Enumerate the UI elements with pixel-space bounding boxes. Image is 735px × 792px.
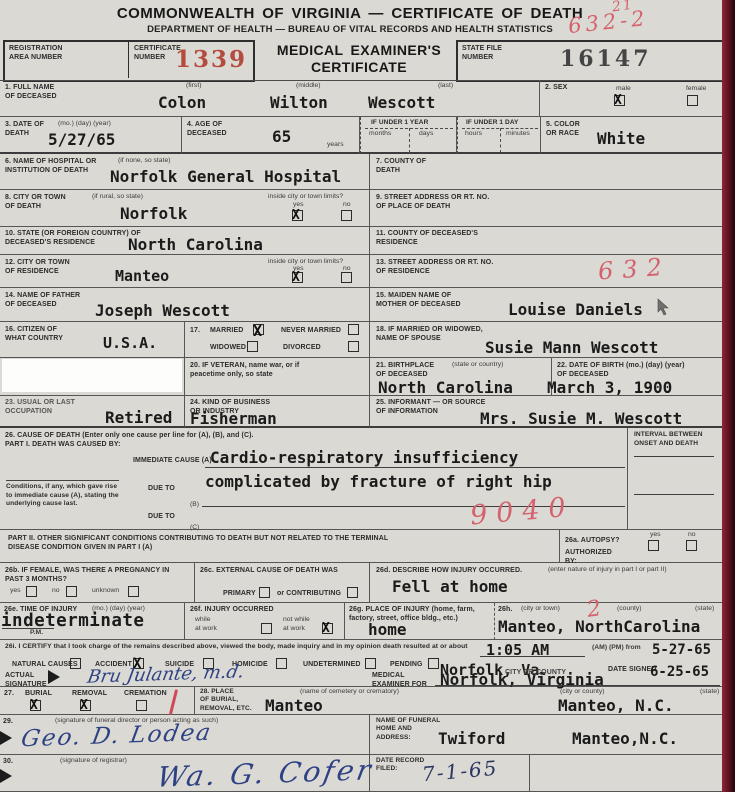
removal-checkbox: X xyxy=(80,700,91,711)
injury-location-number: 26h. xyxy=(498,605,512,614)
death-date-value: 5-27-65 xyxy=(652,642,711,658)
limits-label-1: inside city or town limits? xyxy=(268,193,343,202)
limits-no-checkbox-2 xyxy=(341,272,352,283)
field-place-of-injury: 26g. PLACE OF INJURY (home, farm, factor… xyxy=(345,603,495,640)
never-married-label: NEVER MARRIED xyxy=(281,326,341,335)
autopsy-yes-checkbox xyxy=(648,540,659,551)
b-tag: (B) xyxy=(190,501,199,510)
state-residence-value: North Carolina xyxy=(128,235,263,254)
pregnancy-unknown-label: unknown xyxy=(92,587,119,596)
undetermined-checkbox xyxy=(365,658,376,669)
limits-yes-mark-2: X xyxy=(292,270,300,285)
date-filed-value: 7-1-65 xyxy=(421,756,499,787)
female-label: female xyxy=(686,85,706,94)
injury-occurred-label: 26f. INJURY OCCURRED xyxy=(190,605,274,614)
city-residence-label: 12. CITY OR TOWN OF RESIDENCE xyxy=(5,258,70,276)
date-of-birth-label: 22. DATE OF BIRTH (mo.) (day) (year) OF … xyxy=(557,361,685,379)
birthplace-hint: (state or country) xyxy=(452,361,503,370)
middle-hint: (middle) xyxy=(296,82,321,91)
divorced-checkbox xyxy=(348,341,359,352)
limits-no-checkbox-1 xyxy=(341,210,352,221)
birthplace-label: 21. BIRTHPLACE OF DECEASED xyxy=(376,361,434,379)
autopsy-no-label: no xyxy=(688,531,696,540)
field-disposition: 27. BURIAL REMOVAL CREMATION X X xyxy=(0,687,195,715)
widowed-checkbox xyxy=(247,341,258,352)
injury-county-hint: (county) xyxy=(617,605,642,614)
father-name-value: Joseph Wescott xyxy=(95,301,230,320)
birthplace-value: North Carolina xyxy=(378,378,513,397)
field-occupation: 23. USUAL OR LAST OCCUPATION Retired xyxy=(0,396,185,428)
signature-arrow-icon xyxy=(48,670,60,684)
autopsy-no-checkbox xyxy=(686,540,697,551)
empty-bottom-cell xyxy=(530,755,722,792)
date-of-death-hints: (mo.) (day) (year) xyxy=(58,120,111,129)
injury-state-hint: (state) xyxy=(695,605,714,614)
mother-name-label: 15. MAIDEN NAME OF MOTHER OF DECEASED xyxy=(376,291,461,309)
field-informant: 25. INFORMANT — OR SOURCE OF INFORMATION… xyxy=(370,396,722,428)
informant-label: 25. INFORMANT — OR SOURCE OF INFORMATION xyxy=(376,398,485,416)
certify-section: 26i. I CERTIFY that I took charge of the… xyxy=(0,640,722,687)
occupation-label: 23. USUAL OR LAST OCCUPATION xyxy=(5,398,75,416)
street-residence-label: 13. STREET ADDRESS OR RT. NO. OF RESIDEN… xyxy=(376,258,493,276)
hospital-hint: (if none, so state) xyxy=(118,157,171,166)
center-title-line1: MEDICAL EXAMINER'S xyxy=(265,42,453,58)
never-married-checkbox xyxy=(348,324,359,335)
limits-yes-checkbox-2: X xyxy=(292,272,303,283)
header-box-divider xyxy=(128,40,129,78)
removal-mark: X xyxy=(80,698,88,713)
field-funeral-home: NAME OF FUNERAL HOME AND ADDRESS: Twifor… xyxy=(370,715,722,755)
pregnancy-yes-checkbox xyxy=(26,586,37,597)
registrar-hint: (signature of registrar) xyxy=(60,757,127,766)
months-days-divider xyxy=(409,128,410,153)
certificate-number-stamp: 1339 xyxy=(175,46,247,73)
color-race-label: 5. COLOR OR RACE xyxy=(546,120,580,138)
field-date-of-birth: 22. DATE OF BIRTH (mo.) (day) (year) OF … xyxy=(552,358,722,396)
limits-yes-checkbox-1: X xyxy=(292,210,303,221)
sex-label: 2. SEX xyxy=(545,83,567,92)
city-of-death-value: Norfolk xyxy=(120,204,187,223)
scan-edge xyxy=(722,0,735,792)
married-label: MARRIED xyxy=(210,326,243,335)
how-injury-value: Fell at home xyxy=(392,577,508,596)
contributing-checkbox xyxy=(347,587,358,598)
field-city-of-death: 8. CITY OR TOWN OF DEATH (if rural, so s… xyxy=(0,190,370,227)
due-to-b-label: DUE TO xyxy=(148,484,175,493)
place-of-burial-value: Manteo xyxy=(265,696,323,715)
limits-no-label-1: no xyxy=(343,201,351,210)
veteran-label: 20. IF VETERAN, name war, or if peacetim… xyxy=(190,361,299,379)
time-underline xyxy=(2,619,54,629)
field-sex: 2. SEX male female X xyxy=(540,80,722,117)
middle-name-value: Wilton xyxy=(270,93,328,112)
age-value: 65 xyxy=(272,127,291,146)
place-of-injury-value: home xyxy=(368,620,407,639)
death-certificate-document: COMMONWEALTH OF VIRGINIA — CERTIFICATE O… xyxy=(0,0,735,792)
city-residence-value: Manteo xyxy=(115,267,169,285)
marital-number: 17. xyxy=(190,326,200,335)
while-at-work-label: while at work xyxy=(195,616,217,634)
field-county-of-death: 7. COUNTY OF DEATH xyxy=(370,154,722,190)
street-of-death-label: 9. STREET ADDRESS OR RT. NO. OF PLACE OF… xyxy=(376,193,489,211)
pregnancy-unknown-checkbox xyxy=(128,586,139,597)
red-slash-mark xyxy=(169,689,178,715)
not-while-at-work-checkbox: X xyxy=(322,623,333,634)
primary-checkbox xyxy=(259,587,270,598)
county-residence-label: 11. COUNTY OF DECEASED'S RESIDENCE xyxy=(376,229,478,247)
field-hospital: 6. NAME OF HOSPITAL OR INSTITUTION OF DE… xyxy=(0,154,370,190)
certify-statement: 26i. I CERTIFY that I took charge of the… xyxy=(5,643,483,652)
place-of-burial-label: 28. PLACE OF BURIAL, REMOVAL, ETC. xyxy=(200,688,252,713)
months-label: months xyxy=(369,130,391,139)
first-name-value: Colon xyxy=(158,93,206,112)
immediate-cause-label: IMMEDIATE CAUSE (A) xyxy=(133,456,212,465)
mouse-cursor xyxy=(656,298,672,316)
autopsy-yes-label: yes xyxy=(650,531,661,540)
due-to-b-value: complicated by fracture of right hip xyxy=(205,472,552,491)
hospital-label: 6. NAME OF HOSPITAL OR INSTITUTION OF DE… xyxy=(5,157,96,175)
conditions-note: Conditions, if any, which gave rise to i… xyxy=(6,480,119,509)
hours-minutes-divider xyxy=(500,128,501,153)
pregnancy-no-checkbox xyxy=(66,586,77,597)
field-external-cause: 26c. EXTERNAL CAUSE OF DEATH WAS PRIMARY… xyxy=(195,563,370,603)
medical-examiner-signature: Bru Julante, m.d. xyxy=(86,661,246,687)
burial-mark: X xyxy=(30,698,38,713)
registrar-number: 30. xyxy=(3,757,13,766)
date-of-birth-value: March 3, 1900 xyxy=(547,378,672,397)
field-street-residence: 13. STREET ADDRESS OR RT. NO. OF RESIDEN… xyxy=(370,255,722,288)
pregnancy-no-label: no xyxy=(52,587,60,596)
field-pregnancy: 26b. IF FEMALE, WAS THERE A PREGNANCY IN… xyxy=(0,563,195,603)
removal-label: REMOVAL xyxy=(72,689,107,698)
death-time-underline xyxy=(480,644,585,657)
interval-line-b xyxy=(634,494,714,495)
how-injury-hint: (enter nature of injury in part I or par… xyxy=(548,566,667,575)
limits-label-2: inside city or town limits? xyxy=(268,258,343,267)
field-funeral-director-signature: 29. (signature of funeral director or pe… xyxy=(0,715,370,755)
age-label: 4. AGE OF DECEASED xyxy=(187,120,227,138)
interval-column: INTERVAL BETWEEN ONSET AND DEATH xyxy=(628,428,722,530)
field-street-of-death: 9. STREET ADDRESS OR RT. NO. OF PLACE OF… xyxy=(370,190,722,227)
pending-label: PENDING xyxy=(390,660,423,669)
field-place-of-burial: 28. PLACE OF BURIAL, REMOVAL, ETC. (name… xyxy=(195,687,722,715)
field-injury-location: 26h. (city or town) (county) (state) 2 M… xyxy=(495,603,722,640)
limits-yes-mark-1: X xyxy=(292,208,300,223)
funeral-director-arrow-icon xyxy=(0,731,12,745)
funeral-home-value: Twiford xyxy=(438,729,505,748)
certificate-number-label: CERTIFICATE NUMBER xyxy=(134,44,181,62)
father-name-label: 14. NAME OF FATHER OF DECEASED xyxy=(5,291,80,309)
field-spouse-name: 18. IF MARRIED OR WIDOWED, NAME OF SPOUS… xyxy=(370,322,722,358)
field-marital-status: 17. MARRIED X NEVER MARRIED WIDOWED DIVO… xyxy=(185,322,370,358)
days-label: days xyxy=(419,130,433,139)
cause-of-death-section: 26. CAUSE OF DEATH (Enter only one cause… xyxy=(0,428,628,530)
hours-label: hours xyxy=(465,130,482,139)
male-checkbox-mark: X xyxy=(614,93,622,108)
business-value: Fisherman xyxy=(190,409,277,428)
cause-a-underline xyxy=(205,451,625,468)
married-checkbox: X xyxy=(253,324,264,335)
field-veteran: 20. IF VETERAN, name war, or if peacetim… xyxy=(185,358,370,396)
not-while-at-work-mark: X xyxy=(322,621,330,636)
part2-label: PART II. OTHER SIGNIFICANT CONDITIONS CO… xyxy=(8,534,388,552)
pm-label: P.M. xyxy=(30,629,43,638)
age-unit-label: years xyxy=(327,141,344,150)
registration-area-label: REGISTRATION AREA NUMBER xyxy=(9,44,63,62)
homicide-checkbox xyxy=(276,658,287,669)
funeral-home-label: NAME OF FUNERAL HOME AND ADDRESS: xyxy=(376,717,440,742)
cremation-checkbox xyxy=(136,700,147,711)
county-of-death-label: 7. COUNTY OF DEATH xyxy=(376,157,426,175)
mother-name-value: Louise Daniels xyxy=(508,300,643,319)
citizen-value: U.S.A. xyxy=(103,334,157,352)
burial-checkbox: X xyxy=(30,700,41,711)
contributing-label: or CONTRIBUTING xyxy=(277,589,341,598)
field-birthplace: 21. BIRTHPLACE OF DECEASED (state or cou… xyxy=(370,358,552,396)
field-how-injury-occurred: 26d. DESCRIBE HOW INJURY OCCURRED. (ente… xyxy=(370,563,722,603)
due-to-c-label: DUE TO xyxy=(148,512,175,521)
primary-label: PRIMARY xyxy=(223,589,256,598)
interval-line-a xyxy=(634,456,714,457)
ampm-from-label: (AM) (PM) from xyxy=(592,644,641,653)
under-1-day-label: IF UNDER 1 DAY xyxy=(466,119,518,127)
last-name-value: Wescott xyxy=(368,93,435,112)
burial-city-value: Manteo, N.C. xyxy=(558,696,674,715)
cremation-label: CREMATION xyxy=(124,689,167,698)
occupation-value: Retired xyxy=(105,408,172,427)
injury-location-value: Manteo, NorthCarolina xyxy=(498,617,700,636)
center-title-line2: CERTIFICATE xyxy=(265,59,453,75)
field-citizen: 16. CITIZEN OF WHAT COUNTRY U.S.A. xyxy=(0,322,185,358)
undetermined-label: UNDETERMINED xyxy=(303,660,361,669)
field-father-name: 14. NAME OF FATHER OF DECEASED Joseph We… xyxy=(0,288,370,322)
citizen-label: 16. CITIZEN OF WHAT COUNTRY xyxy=(5,325,63,343)
pregnancy-label: 26b. IF FEMALE, WAS THERE A PREGNANCY IN… xyxy=(5,566,169,584)
last-hint: (last) xyxy=(438,82,453,91)
female-checkbox xyxy=(687,95,698,106)
funeral-home-city: Manteo,N.C. xyxy=(572,729,678,748)
white-out-patch xyxy=(2,359,182,392)
minutes-label: minutes xyxy=(506,130,530,139)
autopsy-label: 26a. AUTOPSY? xyxy=(565,536,620,545)
while-at-work-checkbox xyxy=(261,623,272,634)
field-if-under-1-year: IF UNDER 1 YEAR months days xyxy=(360,117,457,154)
state-file-number: 16147 xyxy=(560,46,652,72)
field-city-residence: 12. CITY OR TOWN OF RESIDENCE inside cit… xyxy=(0,255,370,288)
city-of-death-label: 8. CITY OR TOWN OF DEATH xyxy=(5,193,66,211)
spouse-label: 18. IF MARRIED OR WIDOWED, NAME OF SPOUS… xyxy=(376,325,483,343)
field-if-under-1-day: IF UNDER 1 DAY hours minutes xyxy=(457,117,541,154)
how-injury-label: 26d. DESCRIBE HOW INJURY OCCURRED. xyxy=(376,566,522,575)
spouse-value: Susie Mann Wescott xyxy=(485,338,658,357)
field-date-of-death: 3. DATE OF DEATH (mo.) (day) (year) 5/27… xyxy=(0,117,182,154)
divorced-label: DIVORCED xyxy=(283,343,321,352)
natural-causes-checkbox xyxy=(70,658,81,669)
field-color-or-race: 5. COLOR OR RACE White xyxy=(541,117,722,154)
state-residence-label: 10. STATE (OR FOREIGN COUNTRY) OF DECEAS… xyxy=(5,229,141,247)
funeral-director-signature: Geo. D. Lodea xyxy=(19,720,214,753)
field-date-record-filed: DATE RECORD FILED: 7-1-65 xyxy=(370,755,530,792)
cause-of-death-label: 26. CAUSE OF DEATH (Enter only one cause… xyxy=(5,431,254,449)
under-1-year-label: IF UNDER 1 YEAR xyxy=(371,119,428,127)
state-file-label: STATE FILE NUMBER xyxy=(462,44,502,62)
pending-checkbox xyxy=(428,658,439,669)
external-cause-label: 26c. EXTERNAL CAUSE OF DEATH WAS xyxy=(200,566,338,575)
field-registrar-signature: 30. (signature of registrar) Wa. G. Cofe… xyxy=(0,755,370,792)
examiner-underline xyxy=(435,672,720,686)
hospital-value: Norfolk General Hospital xyxy=(110,167,341,186)
married-mark: X xyxy=(253,322,262,340)
registrar-arrow-icon xyxy=(0,769,12,783)
field-time-of-injury: 26e. TIME OF INJURY (mo.) (day) (year) i… xyxy=(0,603,185,640)
document-subtitle: DEPARTMENT OF HEALTH — BUREAU OF VITAL R… xyxy=(100,24,600,35)
burial-state-hint: (state) xyxy=(700,688,719,697)
field-19-whited-out xyxy=(0,358,185,396)
field-injury-occurred: 26f. INJURY OCCURRED while at work not w… xyxy=(185,603,345,640)
natural-causes-label: NATURAL CAUSES xyxy=(12,660,78,669)
pregnancy-yes-label: yes xyxy=(10,587,21,596)
document-title: COMMONWEALTH OF VIRGINIA — CERTIFICATE O… xyxy=(60,5,640,22)
widowed-label: WIDOWED xyxy=(210,343,246,352)
date-of-death-label: 3. DATE OF DEATH xyxy=(5,120,44,138)
part2-section: PART II. OTHER SIGNIFICANT CONDITIONS CO… xyxy=(0,530,560,563)
date-of-death-value: 5/27/65 xyxy=(48,130,115,149)
date-filed-label: DATE RECORD FILED: xyxy=(376,757,424,774)
field-state-residence: 10. STATE (OR FOREIGN COUNTRY) OF DECEAS… xyxy=(0,227,370,255)
not-while-at-work-label: not while at work xyxy=(283,616,310,634)
field-autopsy: 26a. AUTOPSY? yes no AUTHORIZED BY: xyxy=(560,530,722,563)
field-county-residence: 11. COUNTY OF DECEASED'S RESIDENCE xyxy=(370,227,722,255)
informant-value: Mrs. Susie M. Wescott xyxy=(480,409,682,428)
city-of-death-hint: (if rural, so state) xyxy=(92,193,143,202)
street-residence-handwritten: 632 xyxy=(597,252,672,285)
field-age: 4. AGE OF DECEASED 65 years xyxy=(182,117,360,154)
registrar-signature: Wa. G. Cofer xyxy=(154,753,376,792)
interval-label: INTERVAL BETWEEN ONSET AND DEATH xyxy=(634,431,703,448)
disposition-number: 27. xyxy=(4,689,14,698)
field-full-name: 1. FULL NAME OF DECEASED (first) (middle… xyxy=(0,80,540,117)
field-business: 24. KIND OF BUSINESS OR INDUSTRY Fisherm… xyxy=(185,396,370,428)
male-checkbox: X xyxy=(614,95,625,106)
first-hint: (first) xyxy=(186,82,201,91)
full-name-label: 1. FULL NAME OF DECEASED xyxy=(5,83,57,101)
injury-city-hint: (city or town) xyxy=(521,605,560,614)
funeral-director-number: 29. xyxy=(3,717,13,726)
color-race-value: White xyxy=(597,129,645,148)
